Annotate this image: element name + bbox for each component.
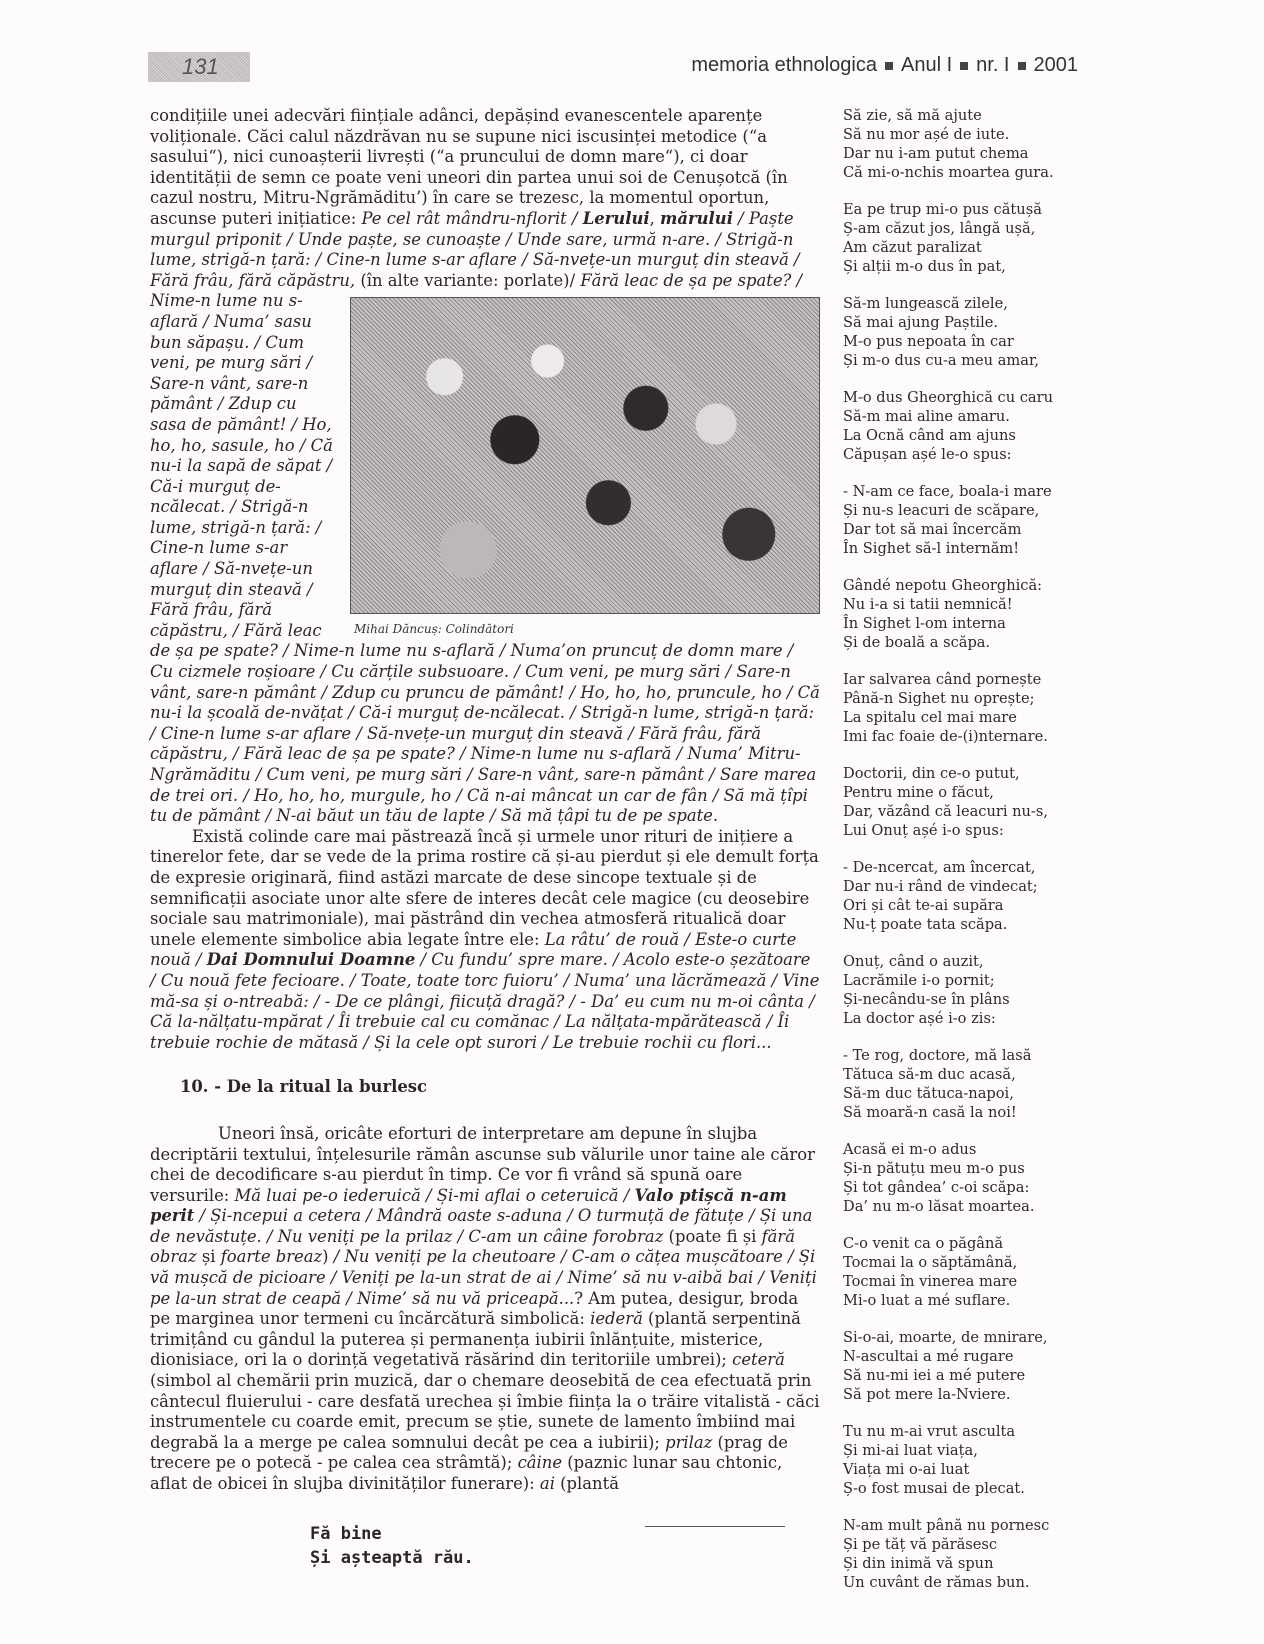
poem-line: Să nu-mi iei a mé putere <box>843 1366 1073 1385</box>
square-bullet-icon <box>960 62 968 70</box>
poem-stanza: Onuț, când o auzit,Lacrămile i-o pornit;… <box>843 952 1073 1028</box>
poem-stanza: - De-ncercat, am încercat,Dar nu-i rând … <box>843 858 1073 934</box>
poem-line: Lacrămile i-o pornit; <box>843 971 1073 990</box>
volume-label: Anul I <box>901 54 952 76</box>
poem-line: În Sighet l-om interna <box>843 614 1073 633</box>
poem-line: Și pe tăț vă părăsesc <box>843 1535 1073 1554</box>
motto-line: Și așteaptă rău. <box>310 1546 474 1570</box>
poem-line: Și mi-ai luat viața, <box>843 1441 1073 1460</box>
poem-stanza: Să zie, să mă ajuteSă nu mor așé de iute… <box>843 106 1073 182</box>
poem-stanza: Doctorii, din ce-o putut,Pentru mine o f… <box>843 764 1073 840</box>
motto: Fă bine Și așteaptă rău. <box>310 1522 474 1570</box>
poem-column: Să zie, să mă ajuteSă nu mor așé de iute… <box>843 106 1073 1610</box>
poem-line: Și-n pătuțu meu m-o pus <box>843 1159 1073 1178</box>
poem-stanza: - N-am ce face, boala-i mareȘi nu-s leac… <box>843 482 1073 558</box>
journal-title: memoria ethnologica <box>691 54 877 76</box>
poem-line: Și alții m-o dus în pat, <box>843 257 1073 276</box>
poem-line: Am căzut paralizat <box>843 238 1073 257</box>
poem-line: Și-necându-se în plâns <box>843 990 1073 1009</box>
poem-line: Până-n Sighet nu oprește; <box>843 689 1073 708</box>
poem-line: La doctor așé i-o zis: <box>843 1009 1073 1028</box>
poem-line: Doctorii, din ce-o putut, <box>843 764 1073 783</box>
page-number: 131 <box>148 52 250 82</box>
poem-line: Să mai ajung Paștile. <box>843 313 1073 332</box>
poem-line: Și m-o dus cu-a meu amar, <box>843 351 1073 370</box>
main-text-column: condițiile unei adecvări ființiale adânc… <box>150 106 820 1495</box>
poem-line: Imi fac foaie de-(i)nternare. <box>843 727 1073 746</box>
poem-stanza: C-o venit ca o păgânăTocmai la o săptămâ… <box>843 1234 1073 1310</box>
poem-stanza: Să-m lungească zilele,Să mai ajung Paști… <box>843 294 1073 370</box>
term: iederă <box>590 1309 643 1328</box>
text-run: , <box>650 209 660 228</box>
poem-stanza: Gândé nepotu Gheorghică:Nu i-a si tatii … <box>843 576 1073 652</box>
poem-stanza: - Te rog, doctore, mă lasăTătuca să-m du… <box>843 1046 1073 1122</box>
poem-line: Dar tot să mai încercăm <box>843 520 1073 539</box>
term: ceteră <box>732 1350 785 1369</box>
refrain-bold: Lerului <box>583 209 650 228</box>
poem-line: Că mi-o-nchis moartea gura. <box>843 163 1073 182</box>
poem-line: Tocmai în vinerea mare <box>843 1272 1073 1291</box>
square-bullet-icon <box>885 62 893 70</box>
poem-stanza: M-o dus Gheorghică cu caruSă-m mai aline… <box>843 388 1073 464</box>
term: ai <box>540 1474 555 1493</box>
poem-line: N-ascultai a mé rugare <box>843 1347 1073 1366</box>
poem-line: - Te rog, doctore, mă lasă <box>843 1046 1073 1065</box>
year-label: 2001 <box>1034 54 1079 76</box>
photo-figure: Mihai Dăncuș: Colindători <box>350 297 820 635</box>
poem-line: Dar nu-i rând de vindecat; <box>843 877 1073 896</box>
poem-line: Tu nu m-ai vrut asculta <box>843 1422 1073 1441</box>
poem-line: Da’ nu m-o lăsat moartea. <box>843 1197 1073 1216</box>
poem-line: Viața mi o-ai luat <box>843 1460 1073 1479</box>
photo-caption: Mihai Dăncuș: Colindători <box>354 619 514 640</box>
poem-line: Si-o-ai, moarte, de mnirare, <box>843 1328 1073 1347</box>
poem-line: Să-m lungească zilele, <box>843 294 1073 313</box>
term: câine <box>518 1453 562 1472</box>
poem-line: Și tot gândea’ c-oi scăpa: <box>843 1178 1073 1197</box>
running-head: memoria ethnologicaAnul Inr. I2001 <box>691 54 1078 77</box>
poem-line: Căpușan așé le-o spus: <box>843 445 1073 464</box>
poem-line: În Sighet să-l internăm! <box>843 539 1073 558</box>
poem-line: Și nu-s leacuri de scăpare, <box>843 501 1073 520</box>
poem-line: Iar salvarea când pornește <box>843 670 1073 689</box>
term: prilaz <box>665 1433 712 1452</box>
poem-line: - N-am ce face, boala-i mare <box>843 482 1073 501</box>
poem-line: Dar nu i-am putut chema <box>843 144 1073 163</box>
colindatori-photo <box>350 297 820 614</box>
page-header: 131 memoria ethnologicaAnul Inr. I2001 <box>0 0 1264 90</box>
poem-line: Și din inimă vă spun <box>843 1554 1073 1573</box>
poem-line: Să zie, să mă ajute <box>843 106 1073 125</box>
poem-line: M-o pus nepoata în car <box>843 332 1073 351</box>
refrain-bold: mărului <box>660 209 733 228</box>
poem-line: Mi-o luat a mé suflare. <box>843 1291 1073 1310</box>
square-bullet-icon <box>1018 62 1026 70</box>
poem-stanza: Tu nu m-ai vrut ascultaȘi mi-ai luat via… <box>843 1422 1073 1498</box>
text-run: ) <box>322 1247 334 1266</box>
poem-line: Să nu mor așé de iute. <box>843 125 1073 144</box>
poem-stanza: Si-o-ai, moarte, de mnirare,N-ascultai a… <box>843 1328 1073 1404</box>
poem-line: Nu-ț poate tata scăpa. <box>843 915 1073 934</box>
text-run: și <box>197 1247 221 1266</box>
poem-stanza: Acasă ei m-o adusȘi-n pătuțu meu m-o pus… <box>843 1140 1073 1216</box>
poem-line: Să moară-n casă la noi! <box>843 1103 1073 1122</box>
poem-line: Ori și cât te-ai supăra <box>843 896 1073 915</box>
motto-line: Fă bine <box>310 1522 474 1546</box>
poem-line: - De-ncercat, am încercat, <box>843 858 1073 877</box>
poem-line: Gândé nepotu Gheorghică: <box>843 576 1073 595</box>
poem-line: Tocmai la o săptămână, <box>843 1253 1073 1272</box>
verse-quote: Pe cel rât mândru-nflorit / <box>362 209 583 228</box>
poem-line: Lui Onuț așé i-o spus: <box>843 821 1073 840</box>
poem-line: Să-m duc tătuca-napoi, <box>843 1084 1073 1103</box>
paragraph: Există colinde care mai păstrează încă ș… <box>150 827 820 1054</box>
poem-line: Ș-o fost musai de plecat. <box>843 1479 1073 1498</box>
poem-line: Onuț, când o auzit, <box>843 952 1073 971</box>
refrain-bold: Dai Domnului Doamne <box>207 950 416 969</box>
issue-label: nr. I <box>976 54 1009 76</box>
paragraph: condițiile unei adecvări ființiale adânc… <box>150 106 820 827</box>
poem-line: Ș-am căzut jos, lângă ușă, <box>843 219 1073 238</box>
term: foarte breaz <box>221 1247 322 1266</box>
poem-line: Să pot mere la-Nviere. <box>843 1385 1073 1404</box>
poem-line: Să-m mai aline amaru. <box>843 407 1073 426</box>
text-run: (poate fi și <box>663 1227 761 1246</box>
section-heading: 10. - De la ritual la burlesc <box>180 1077 820 1098</box>
poem-line: Tătuca să-m duc acasă, <box>843 1065 1073 1084</box>
poem-line: N-am mult până nu pornesc <box>843 1516 1073 1535</box>
poem-line: Ea pe trup mi-o pus cătușă <box>843 200 1073 219</box>
verse-quote: Mă luai pe-o iederuică / Și-mi aflai o c… <box>235 1186 635 1205</box>
poem-stanza: Iar salvarea când porneștePână-n Sighet … <box>843 670 1073 746</box>
poem-line: Nu i-a si tatii nemnică! <box>843 595 1073 614</box>
poem-stanza: Ea pe trup mi-o pus cătușăȘ-am căzut jos… <box>843 200 1073 276</box>
poem-line: M-o dus Gheorghică cu caru <box>843 388 1073 407</box>
poem-stanza: N-am mult până nu pornescȘi pe tăț vă pă… <box>843 1516 1073 1592</box>
text-run: (în alte variante: porlate)/ <box>360 271 580 290</box>
divider <box>645 1526 785 1527</box>
poem-line: Un cuvânt de rămas bun. <box>843 1573 1073 1592</box>
poem-line: Pentru mine o făcut, <box>843 783 1073 802</box>
poem-line: Și de boală a scăpa. <box>843 633 1073 652</box>
poem-line: Acasă ei m-o adus <box>843 1140 1073 1159</box>
paragraph: Uneori însă, oricâte eforturi de interpr… <box>150 1124 820 1495</box>
poem-line: Dar, văzând că leacuri nu-s, <box>843 802 1073 821</box>
text-run: (plantă <box>555 1474 619 1493</box>
poem-line: La Ocnă când am ajuns <box>843 426 1073 445</box>
poem-line: C-o venit ca o păgână <box>843 1234 1073 1253</box>
poem-line: La spitalu cel mai mare <box>843 708 1073 727</box>
